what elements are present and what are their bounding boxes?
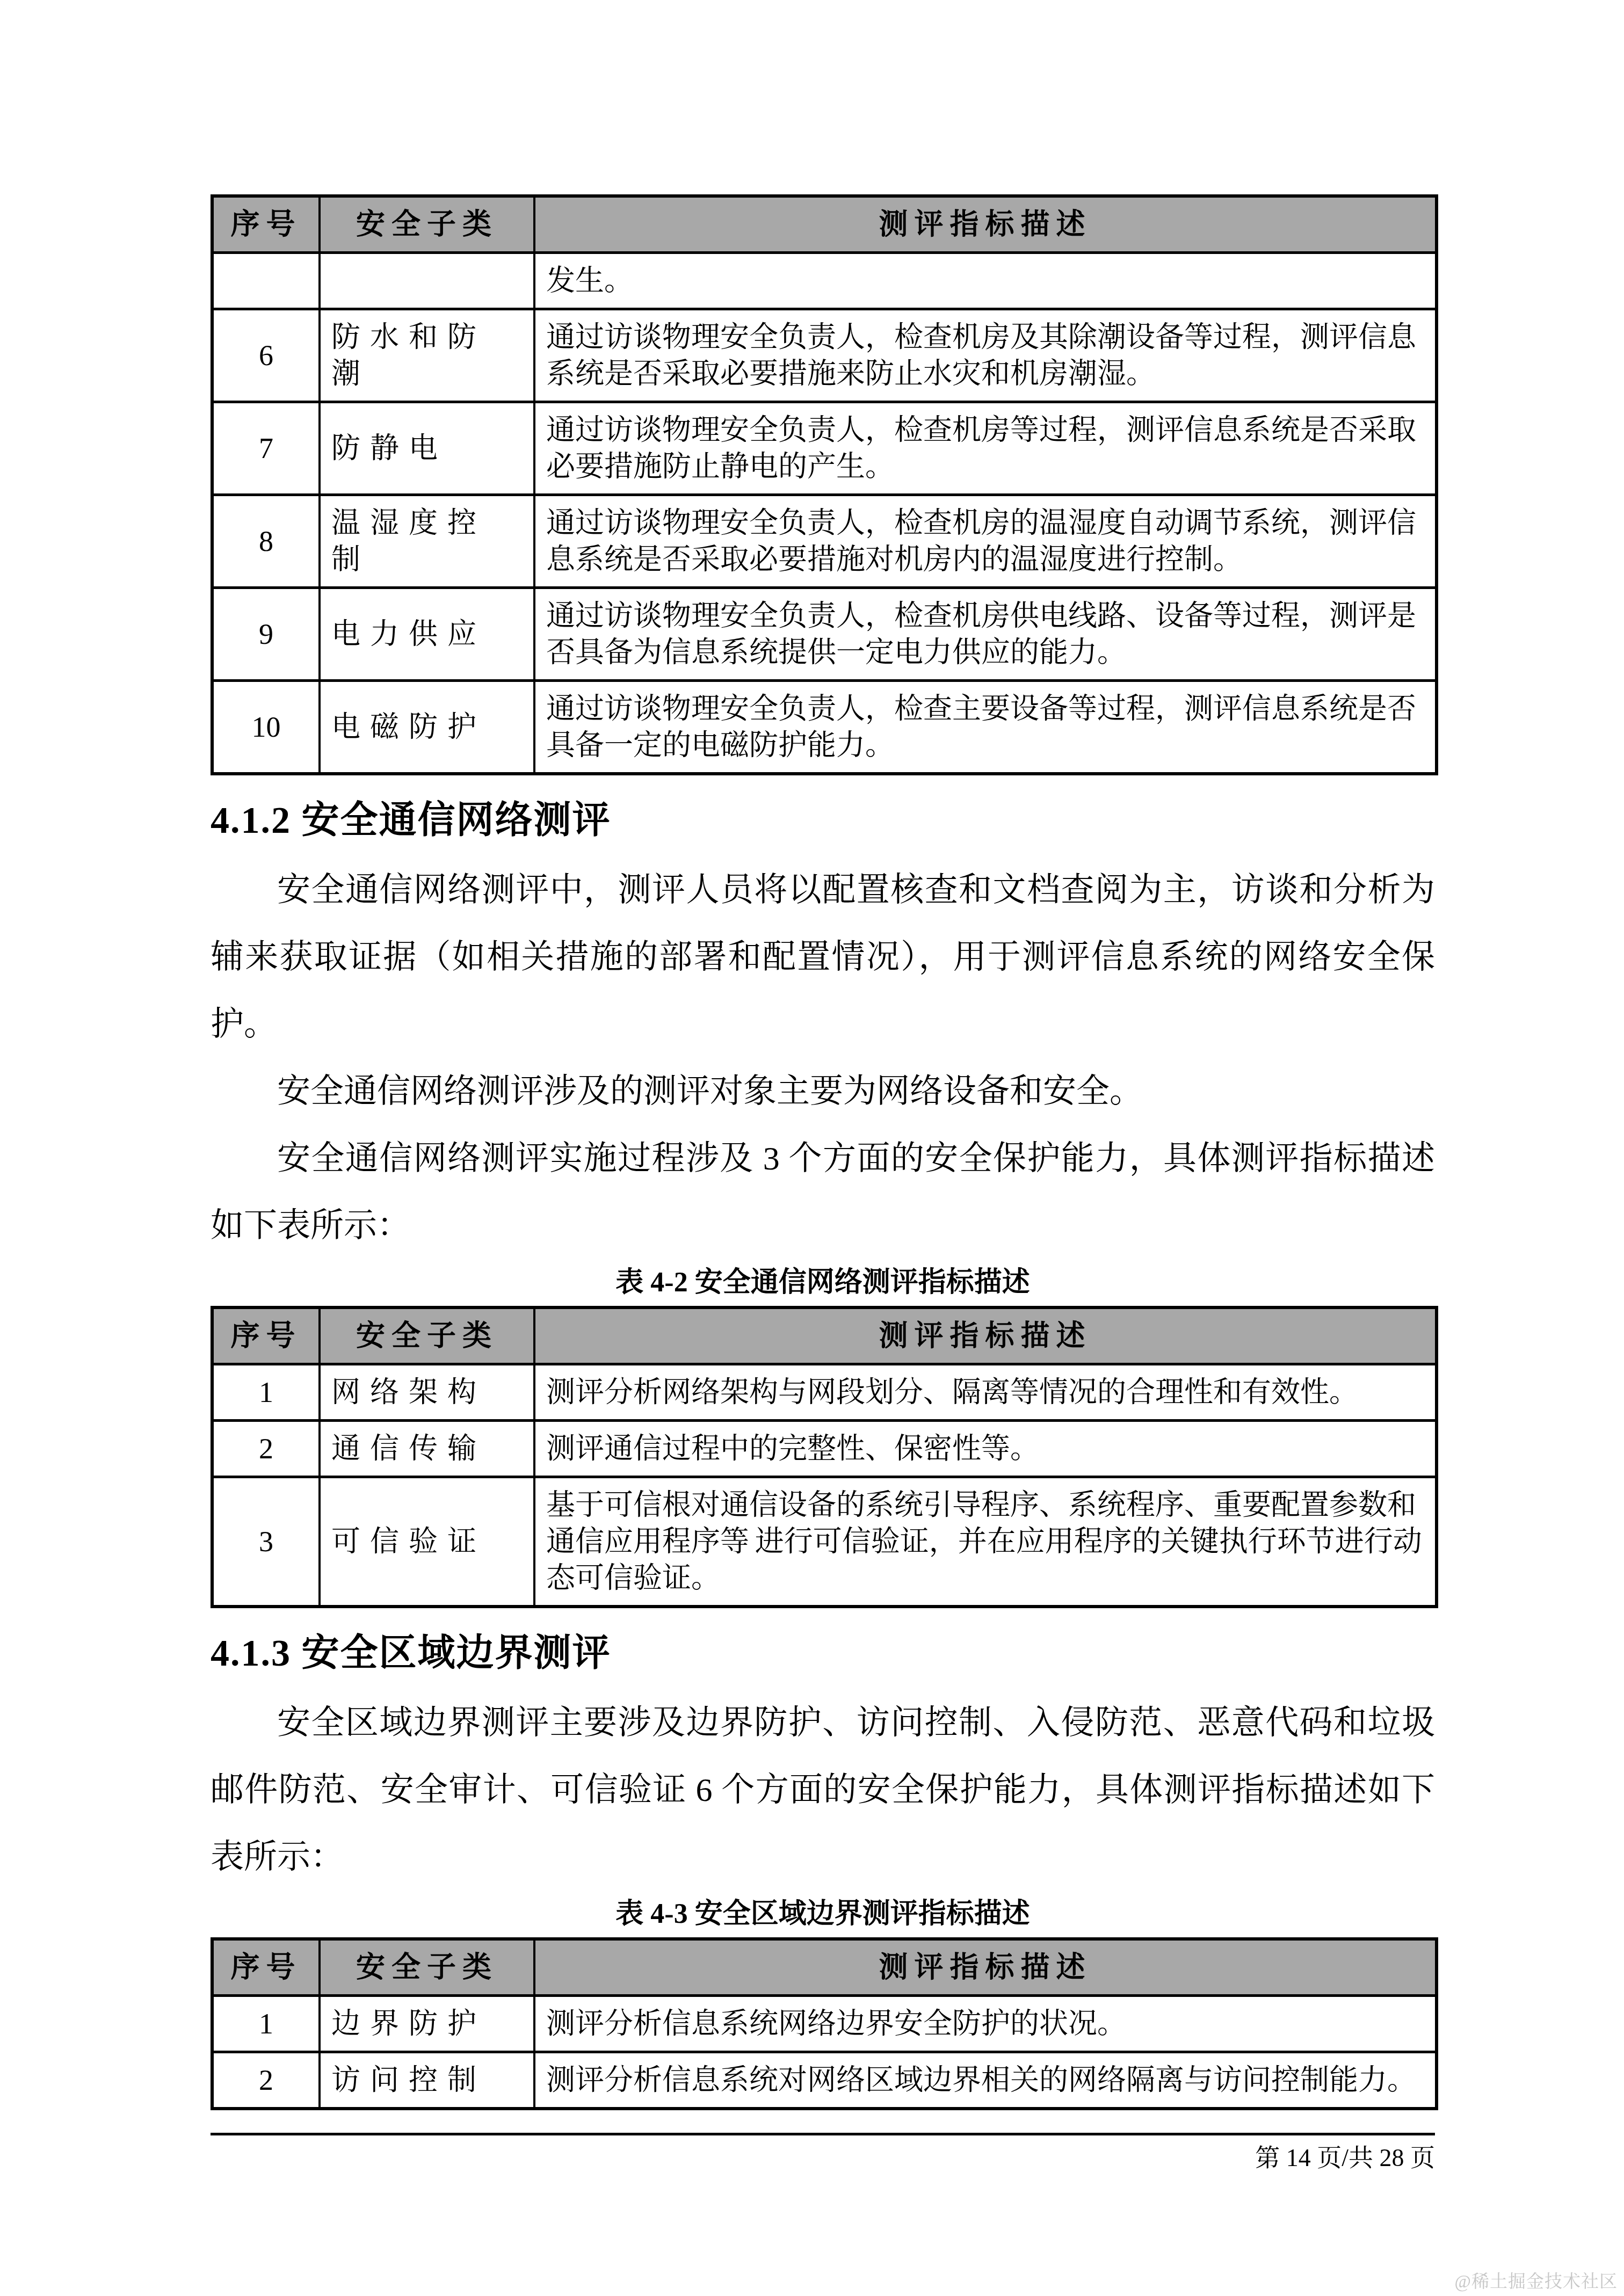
header-cell-no: 序号 (212, 196, 320, 253)
cell-no: 8 (212, 495, 320, 588)
cell-desc: 测评分析信息系统对网络区域边界相关的网络隔离与访问控制能力。 (534, 2052, 1437, 2109)
table-4-1-continued: 序号 安全子类 测评指标描述 发生。 6 防水和防潮 通过访谈物理安全负责人，检… (211, 194, 1438, 775)
cell-subclass: 电磁防护 (320, 681, 534, 774)
page-number: 第 14 页/共 28 页 (211, 2143, 1435, 2173)
header-cell-subclass: 安全子类 (320, 1939, 534, 1996)
table-header-row: 序号 安全子类 测评指标描述 (212, 196, 1437, 253)
cell-desc: 通过访谈物理安全负责人，检查机房等过程，测评信息系统是否采取必要措施防止静电的产… (534, 402, 1437, 495)
cell-desc: 测评分析网络架构与网段划分、隔离等情况的合理性和有效性。 (534, 1364, 1437, 1421)
cell-no: 2 (212, 2052, 320, 2109)
paragraph: 安全通信网络测评涉及的测评对象主要为网络设备和安全。 (211, 1058, 1435, 1125)
header-cell-desc: 测评指标描述 (534, 1939, 1437, 1996)
cell-subclass: 温湿度控制 (320, 495, 534, 588)
table-row: 1 网络架构 测评分析网络架构与网段划分、隔离等情况的合理性和有效性。 (212, 1364, 1437, 1421)
cell-no: 1 (212, 1364, 320, 1421)
table-header-row: 序号 安全子类 测评指标描述 (212, 1939, 1437, 1996)
cell-subclass: 防水和防潮 (320, 309, 534, 402)
page-content: 序号 安全子类 测评指标描述 发生。 6 防水和防潮 通过访谈物理安全负责人，检… (211, 194, 1435, 2173)
cell-no: 7 (212, 402, 320, 495)
cell-subclass: 防静电 (320, 402, 534, 495)
table-row: 6 防水和防潮 通过访谈物理安全负责人，检查机房及其除潮设备等过程，测评信息系统… (212, 309, 1437, 402)
section-heading-4-1-3: 4.1.3 安全区域边界测评 (211, 1632, 1435, 1676)
table-4-3: 序号 安全子类 测评指标描述 1 边界防护 测评分析信息系统网络边界安全防护的状… (211, 1937, 1438, 2110)
cell-subclass: 可信验证 (320, 1477, 534, 1607)
cell-no: 10 (212, 681, 320, 774)
cell-no: 2 (212, 1421, 320, 1477)
table-row: 1 边界防护 测评分析信息系统网络边界安全防护的状况。 (212, 1996, 1437, 2052)
table-row: 7 防静电 通过访谈物理安全负责人，检查机房等过程，测评信息系统是否采取必要措施… (212, 402, 1437, 495)
cell-desc: 通过访谈物理安全负责人，检查机房及其除潮设备等过程，测评信息系统是否采取必要措施… (534, 309, 1437, 402)
cell-subclass: 网络架构 (320, 1364, 534, 1421)
cell-desc: 测评通信过程中的完整性、保密性等。 (534, 1421, 1437, 1477)
cell-desc: 通过访谈物理安全负责人，检查机房供电线路、设备等过程，测评是否具备为信息系统提供… (534, 588, 1437, 681)
table-row: 2 通信传输 测评通信过程中的完整性、保密性等。 (212, 1421, 1437, 1477)
cell-no (212, 253, 320, 309)
cell-subclass: 电力供应 (320, 588, 534, 681)
table-row: 3 可信验证 基于可信根对通信设备的系统引导程序、系统程序、重要配置参数和通信应… (212, 1477, 1437, 1607)
table-row: 10 电磁防护 通过访谈物理安全负责人，检查主要设备等过程，测评信息系统是否具备… (212, 681, 1437, 774)
table-row: 发生。 (212, 253, 1437, 309)
cell-desc: 通过访谈物理安全负责人，检查主要设备等过程，测评信息系统是否具备一定的电磁防护能… (534, 681, 1437, 774)
table-caption-4-3: 表 4-3 安全区域边界测评指标描述 (211, 1898, 1435, 1931)
cell-subclass: 边界防护 (320, 1996, 534, 2052)
document-page: { "tables": { "t41": { "headers": ["序号",… (0, 0, 1624, 2296)
table-row: 2 访问控制 测评分析信息系统对网络区域边界相关的网络隔离与访问控制能力。 (212, 2052, 1437, 2109)
section-heading-4-1-2: 4.1.2 安全通信网络测评 (211, 799, 1435, 843)
cell-no: 3 (212, 1477, 320, 1607)
header-cell-no: 序号 (212, 1307, 320, 1364)
cell-subclass (320, 253, 534, 309)
header-cell-subclass: 安全子类 (320, 1307, 534, 1364)
cell-no: 1 (212, 1996, 320, 2052)
header-cell-desc: 测评指标描述 (534, 196, 1437, 253)
header-cell-desc: 测评指标描述 (534, 1307, 1437, 1364)
cell-no: 9 (212, 588, 320, 681)
cell-desc: 通过访谈物理安全负责人，检查机房的温湿度自动调节系统，测评信息系统是否采取必要措… (534, 495, 1437, 588)
paragraph: 安全通信网络测评中，测评人员将以配置核查和文档查阅为主，访谈和分析为辅来获取证据… (211, 857, 1435, 1058)
cell-desc: 发生。 (534, 253, 1437, 309)
cell-desc: 测评分析信息系统网络边界安全防护的状况。 (534, 1996, 1437, 2052)
table-row: 9 电力供应 通过访谈物理安全负责人，检查机房供电线路、设备等过程，测评是否具备… (212, 588, 1437, 681)
table-row: 8 温湿度控制 通过访谈物理安全负责人，检查机房的温湿度自动调节系统，测评信息系… (212, 495, 1437, 588)
header-cell-no: 序号 (212, 1939, 320, 1996)
paragraph: 安全区域边界测评主要涉及边界防护、访问控制、入侵防范、恶意代码和垃圾邮件防范、安… (211, 1690, 1435, 1891)
cell-no: 6 (212, 309, 320, 402)
table-header-row: 序号 安全子类 测评指标描述 (212, 1307, 1437, 1364)
watermark: @稀土掘金技术社区 (1455, 2268, 1618, 2293)
paragraph: 安全通信网络测评实施过程涉及 3 个方面的安全保护能力，具体测评指标描述如下表所… (211, 1125, 1435, 1260)
cell-subclass: 通信传输 (320, 1421, 534, 1477)
cell-subclass: 访问控制 (320, 2052, 534, 2109)
table-caption-4-2: 表 4-2 安全通信网络测评指标描述 (211, 1266, 1435, 1299)
header-cell-subclass: 安全子类 (320, 196, 534, 253)
cell-desc: 基于可信根对通信设备的系统引导程序、系统程序、重要配置参数和通信应用程序等 进行… (534, 1477, 1437, 1607)
table-4-2: 序号 安全子类 测评指标描述 1 网络架构 测评分析网络架构与网段划分、隔离等情… (211, 1306, 1438, 1608)
footer-divider (211, 2133, 1435, 2135)
